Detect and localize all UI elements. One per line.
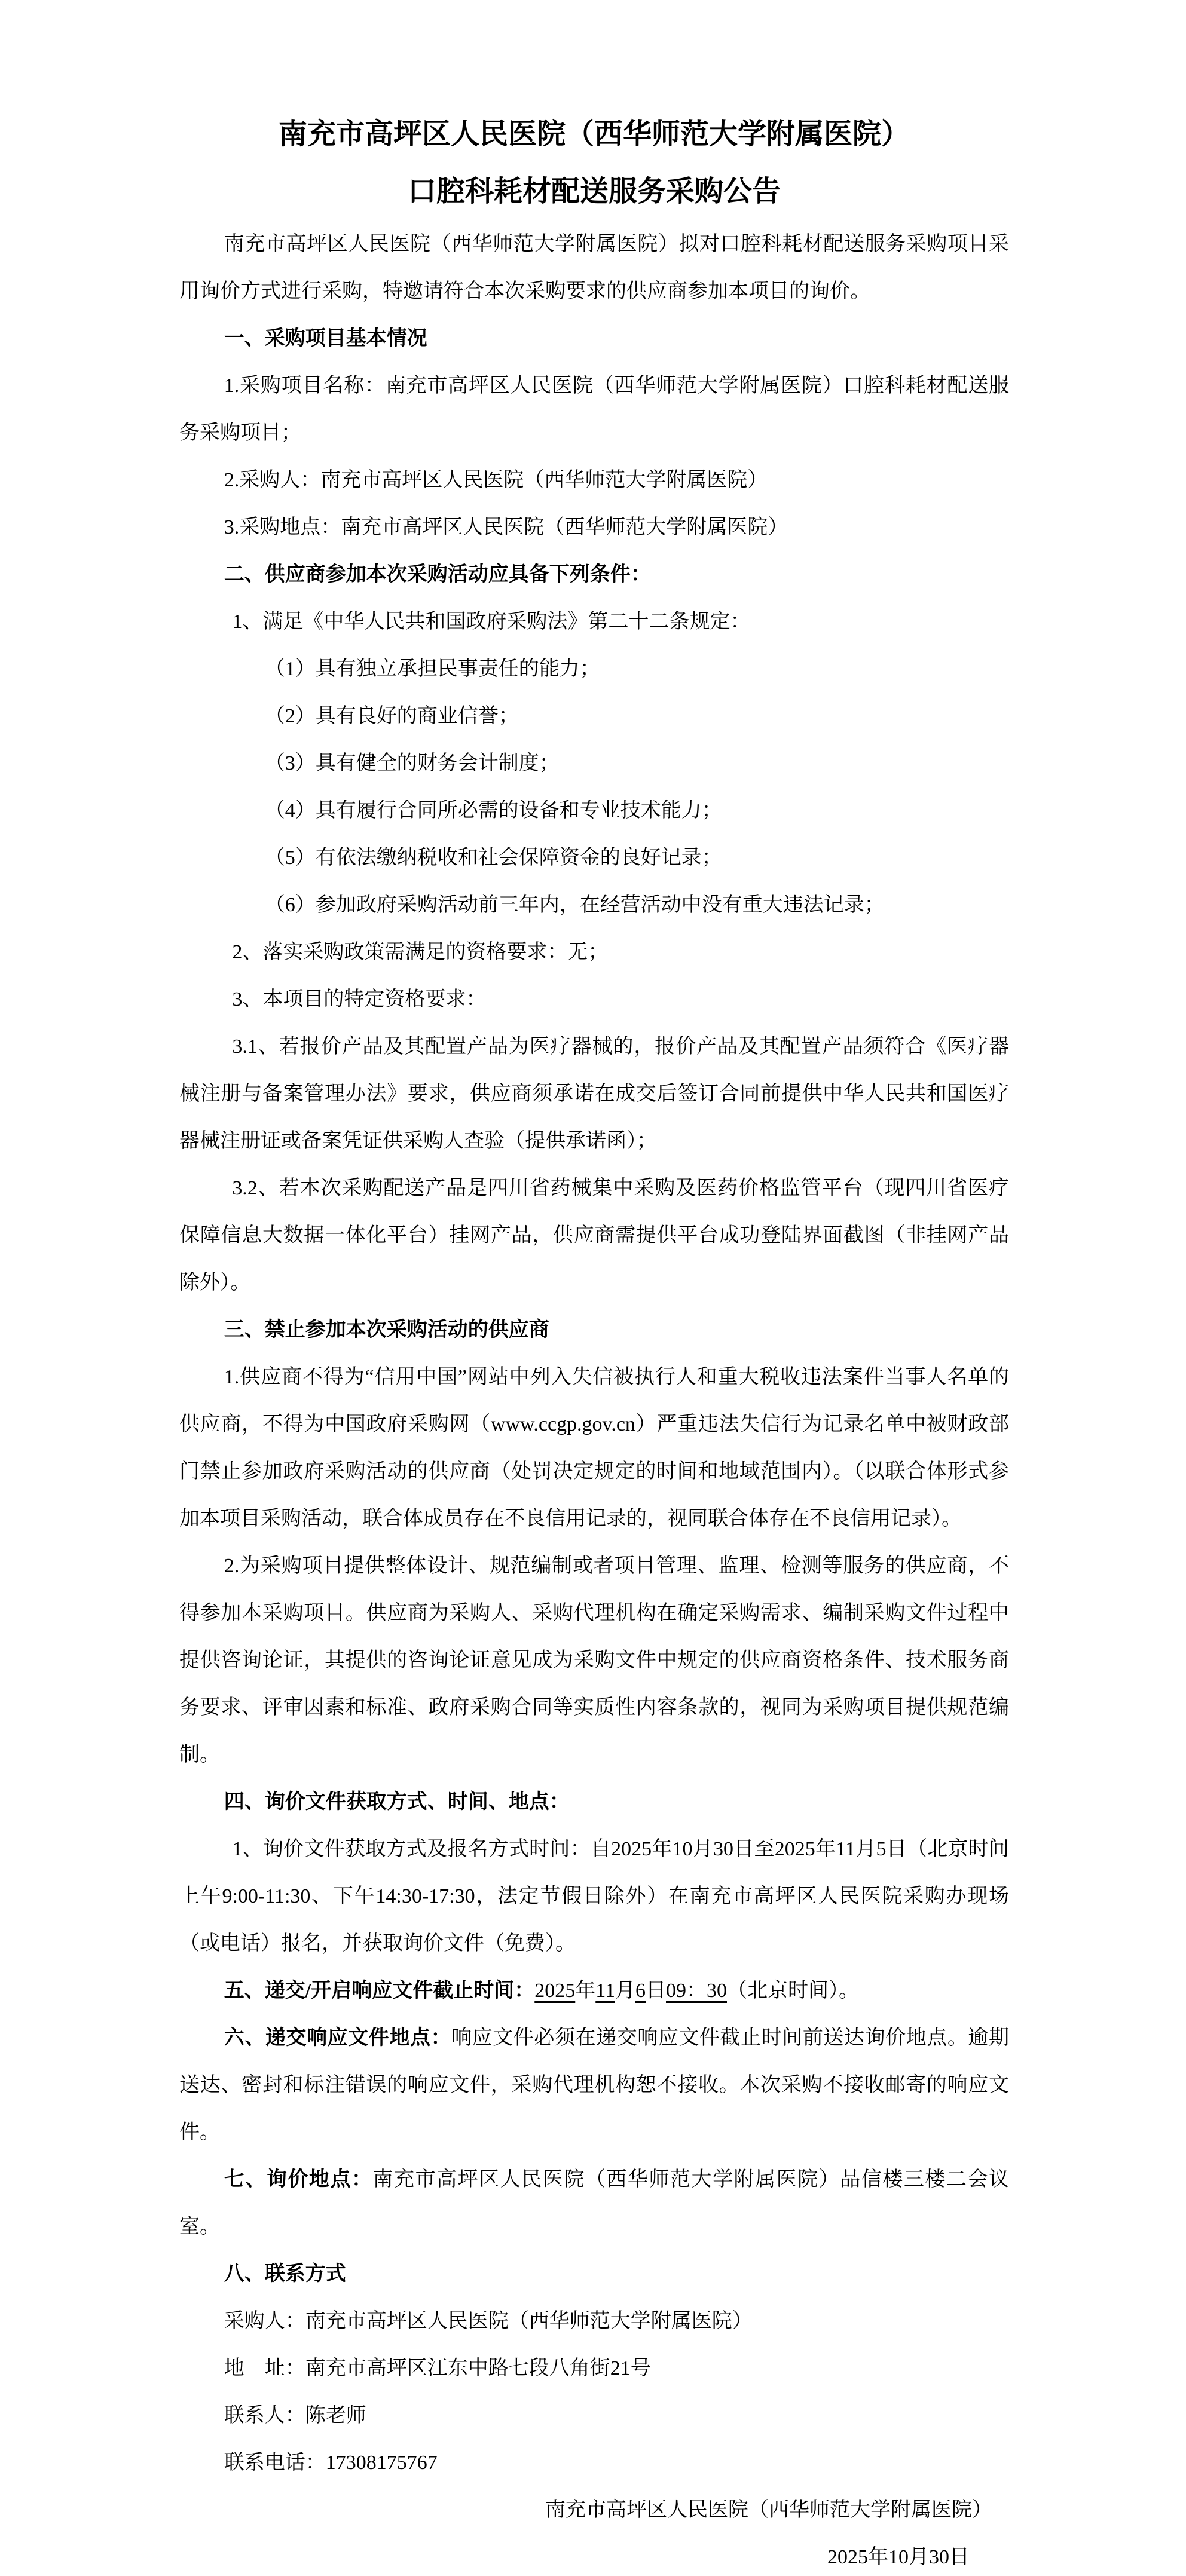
bold-text-run: 一、采购项目基本情况 (224, 327, 427, 350)
text-run: 联系电话：17308175767 (224, 2452, 438, 2474)
text-run: （3）具有健全的财务会计制度； (265, 752, 560, 774)
text-run: 2、落实采购政策需满足的资格要求：无； (232, 941, 608, 963)
text-run: 1.供应商不得为“信用中国”网站中列入失信被执行人和重大税收违法案件当事人名单的… (179, 1366, 1009, 1530)
list-item: 1、满足《中华人民共和国政府采购法》第二十二条规定： (179, 598, 1009, 645)
sub-list-item: （4）具有履行合同所必需的设备和专业技术能力； (179, 787, 1009, 834)
underlined-text-run: 6 (635, 1980, 646, 2002)
underlined-text-run: 2025 (534, 1980, 575, 2002)
sub-list-item: （5）有依法缴纳税收和社会保障资金的良好记录； (179, 834, 1009, 881)
text-run: 日 (646, 1980, 666, 2002)
bold-text-run: 五、递交/开启响应文件截止时间： (224, 1980, 534, 2002)
text-run: 3.1、若报价产品及其配置产品为医疗器械的，报价产品及其配置产品须符合《医疗器械… (179, 1036, 1009, 1152)
text-run: （4）具有履行合同所必需的设备和专业技术能力； (265, 800, 722, 822)
contact-line: 联系电话：17308175767 (179, 2439, 1009, 2486)
document-body: 南充市高坪区人民医院（西华师范大学附属医院）拟对口腔科耗材配送服务采购项目采用询… (179, 220, 1009, 2576)
text-run: 南充市高坪区人民医院（西华师范大学附属医院）拟对口腔科耗材配送服务采购项目采用询… (179, 233, 1009, 302)
text-run: 3.采购地点：南充市高坪区人民医院（西华师范大学附属医院） (224, 516, 788, 538)
text-run: （2）具有良好的商业信誉； (265, 705, 519, 727)
doc-paragraph: 南充市高坪区人民医院（西华师范大学附属医院）拟对口腔科耗材配送服务采购项目采用询… (179, 220, 1009, 315)
list-item: 1.采购项目名称：南充市高坪区人民医院（西华师范大学附属医院）口腔科耗材配送服务… (179, 362, 1009, 457)
list-item: 2、落实采购政策需满足的资格要求：无； (179, 929, 1009, 976)
list-item: 3.2、若本次采购配送产品是四川省药械集中采购及医药价格监管平台（现四川省医疗保… (179, 1165, 1009, 1306)
document-page: 南充市高坪区人民医院（西华师范大学附属医院） 口腔科耗材配送服务采购公告 南充市… (0, 0, 1186, 2576)
text-run: （6）参加政府采购活动前三年内，在经营活动中没有重大违法记录； (265, 894, 885, 916)
bold-text-run: 八、联系方式 (224, 2263, 346, 2285)
text-run: 南充市高坪区人民医院（西华师范大学附属医院） (545, 2499, 992, 2521)
list-item: 2.为采购项目提供整体设计、规范编制或者项目管理、监理、检测等服务的供应商，不得… (179, 1542, 1009, 1778)
list-item: 2.采购人：南充市高坪区人民医院（西华师范大学附属医院） (179, 457, 1009, 504)
sub-list-item: （3）具有健全的财务会计制度； (179, 740, 1009, 787)
contact-line: 联系人：陈老师 (179, 2392, 1009, 2439)
text-run: 2.采购人：南充市高坪区人民医院（西华师范大学附属医院） (224, 469, 768, 491)
text-run: （北京时间）。 (727, 1980, 859, 2002)
contact-line: 地 址：南充市高坪区江东中路七段八角街21号 (179, 2345, 1009, 2392)
bold-text-run: 四、询价文件获取方式、时间、地点： (224, 1791, 570, 1813)
text-run: 3、本项目的特定资格要求： (232, 988, 486, 1010)
bold-text-run: 三、禁止参加本次采购活动的供应商 (224, 1319, 549, 1341)
text-run: 2.为采购项目提供整体设计、规范编制或者项目管理、监理、检测等服务的供应商，不得… (179, 1555, 1009, 1766)
sub-list-item: （2）具有良好的商业信誉； (179, 693, 1009, 740)
section-heading: 一、采购项目基本情况 (179, 315, 1009, 362)
bold-text-run: 七、询价地点： (224, 2168, 373, 2191)
list-item: 1、询价文件获取方式及报名方式时间：自2025年10月30日至2025年11月5… (179, 1825, 1009, 1967)
document-title-line-1: 南充市高坪区人民医院（西华师范大学附属医院） (179, 106, 1009, 163)
list-item: 3、本项目的特定资格要求： (179, 976, 1009, 1023)
document-title-line-2: 口腔科耗材配送服务采购公告 (179, 163, 1009, 220)
section-heading: 三、禁止参加本次采购活动的供应商 (179, 1306, 1009, 1353)
text-run: 地 址：南充市高坪区江东中路七段八角街21号 (224, 2357, 651, 2379)
text-run: 3.2、若本次采购配送产品是四川省药械集中采购及医药价格监管平台（现四川省医疗保… (179, 1177, 1009, 1294)
list-item: 3.采购地点：南充市高坪区人民医院（西华师范大学附属医院） (179, 504, 1009, 551)
contact-line: 采购人：南充市高坪区人民医院（西华师范大学附属医院） (179, 2298, 1009, 2345)
text-run: 1.采购项目名称：南充市高坪区人民医院（西华师范大学附属医院）口腔科耗材配送服务… (179, 375, 1009, 444)
text-run: 联系人：陈老师 (224, 2405, 366, 2427)
text-run: 年 (575, 1980, 595, 2002)
labeled-paragraph: 七、询价地点：南充市高坪区人民医院（西华师范大学附属医院）品信楼三楼二会议室。 (179, 2156, 1009, 2250)
underlined-text-run: 11 (595, 1980, 615, 2002)
bold-text-run: 二、供应商参加本次采购活动应具备下列条件： (224, 563, 651, 586)
text-run: 月 (615, 1980, 635, 2002)
section-heading: 四、询价文件获取方式、时间、地点： (179, 1778, 1009, 1825)
list-item: 3.1、若报价产品及其配置产品为医疗器械的，报价产品及其配置产品须符合《医疗器械… (179, 1023, 1009, 1165)
text-run: （1）具有独立承担民事责任的能力； (265, 658, 600, 680)
section-heading: 二、供应商参加本次采购活动应具备下列条件： (179, 551, 1009, 598)
text-run: 2025年10月30日 (827, 2546, 970, 2568)
text-run: 采购人：南充市高坪区人民医院（西华师范大学附属医院） (224, 2310, 753, 2332)
bold-text-run: 六、递交响应文件地点： (224, 2027, 451, 2049)
labeled-paragraph: 六、递交响应文件地点：响应文件必须在递交响应文件截止时间前送达询价地点。逾期送达… (179, 2014, 1009, 2156)
underlined-text-run: 09：30 (666, 1980, 727, 2002)
section-heading: 八、联系方式 (179, 2250, 1009, 2298)
signature-date: 2025年10月30日 (179, 2534, 1009, 2576)
text-run: 1、询价文件获取方式及报名方式时间：自2025年10月30日至2025年11月5… (179, 1838, 1009, 1955)
list-item: 1.供应商不得为“信用中国”网站中列入失信被执行人和重大税收违法案件当事人名单的… (179, 1353, 1009, 1542)
text-run: （5）有依法缴纳税收和社会保障资金的良好记录； (265, 847, 722, 869)
signature-org: 南充市高坪区人民医院（西华师范大学附属医院） (179, 2486, 1009, 2534)
text-run: 1、满足《中华人民共和国政府采购法》第二十二条规定： (232, 611, 750, 633)
labeled-paragraph: 五、递交/开启响应文件截止时间：2025年11月6日09：30（北京时间）。 (179, 1967, 1009, 2014)
sub-list-item: （1）具有独立承担民事责任的能力； (179, 645, 1009, 693)
sub-list-item: （6）参加政府采购活动前三年内，在经营活动中没有重大违法记录； (179, 881, 1009, 929)
